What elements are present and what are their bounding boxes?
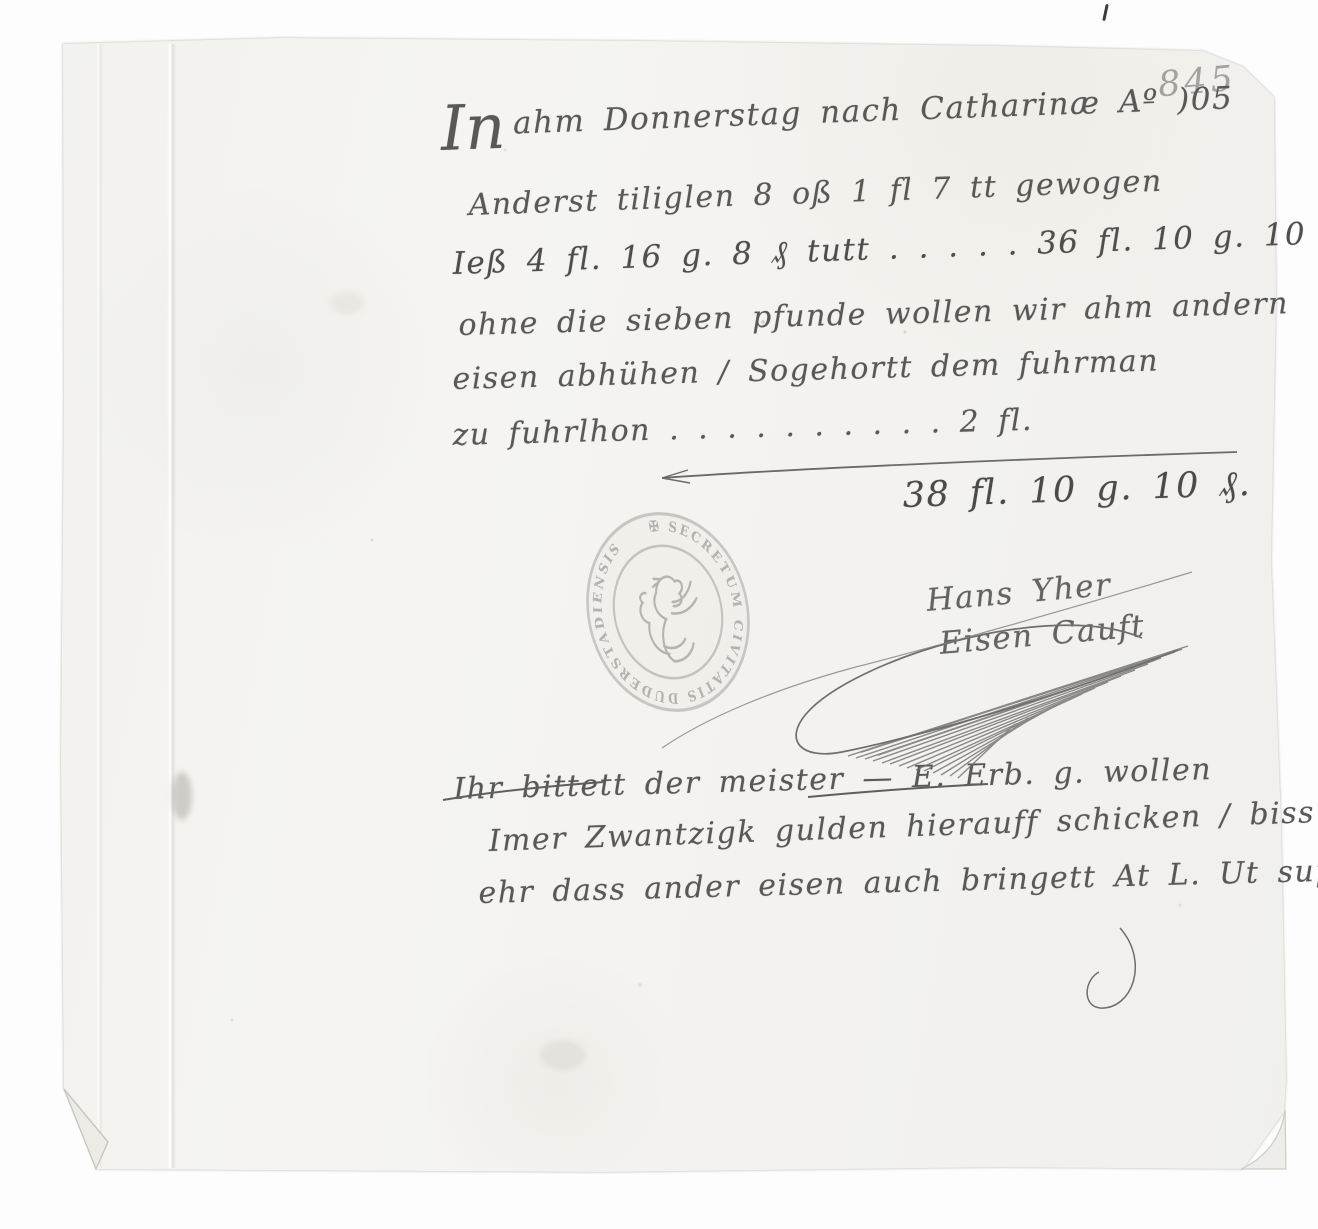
stain-smudge bbox=[330, 292, 364, 314]
stain-smudge bbox=[172, 772, 192, 820]
manuscript-initial: In bbox=[439, 90, 506, 165]
document-scan: 845 Inahm Donnerstag nach Catharinæ Aº )… bbox=[0, 0, 1318, 1229]
stain-smudge bbox=[540, 1040, 586, 1070]
